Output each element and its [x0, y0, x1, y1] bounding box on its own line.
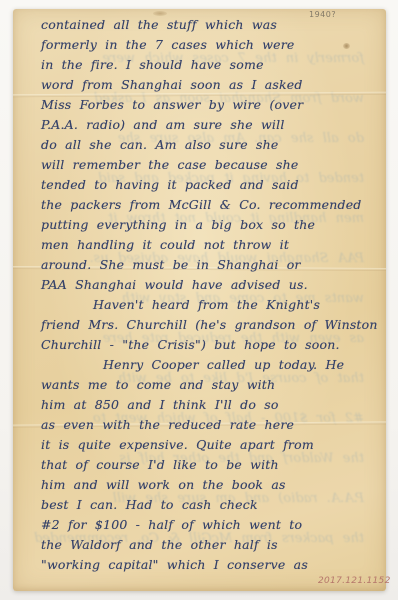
letter-line: as even with the reduced rate here	[41, 415, 376, 435]
letter-line: in the fire. I should have some	[41, 55, 376, 75]
letter-line: that of course I'd like to be with	[41, 455, 376, 475]
letter-line: Henry Cooper called up today. He	[41, 355, 376, 375]
letter-line: P.A.A. radio) and am sure she will	[41, 115, 376, 135]
letter-line: will remember the case because she	[41, 155, 376, 175]
letter-line: Miss Forbes to answer by wire (over	[41, 95, 376, 115]
letter-line: tended to having it packed and said	[41, 175, 376, 195]
letter-line: it is quite expensive. Quite apart from	[41, 435, 376, 455]
letter-line: him and will work on the book as	[41, 475, 376, 495]
letter-line: #2 for $100 - half of which went to	[41, 515, 376, 535]
letter-line: men handling it could not throw it	[41, 235, 376, 255]
letter-line: putting everything in a big box so the	[41, 215, 376, 235]
letter-line: Haven't heard from the Knight's	[41, 295, 376, 315]
letter-line: formerly in the 7 cases which were	[41, 35, 376, 55]
letter-line: word from Shanghai soon as I asked	[41, 75, 376, 95]
letter-line: him at 850 and I think I'll do so	[41, 395, 376, 415]
letter-line: "working capital" which I conserve as	[41, 555, 376, 575]
letter-line: around. She must be in Shanghai or	[41, 255, 376, 275]
catalog-number: 2017.121.1152	[318, 576, 391, 586]
letter-line: the Waldorf and the other half is	[41, 535, 376, 555]
letter-line: do all she can. Am also sure she	[41, 135, 376, 155]
letter-line: friend Mrs. Churchill (he's grandson of …	[41, 315, 376, 335]
letter-line: best I can. Had to cash check	[41, 495, 376, 515]
letter-line: Churchill - "the Crisis") but hope to so…	[41, 335, 376, 355]
letter-body: contained all the stuff which was former…	[41, 15, 376, 575]
letter-line: contained all the stuff which was	[41, 15, 376, 35]
letter-paper: formerly in the 7 cases which were word …	[13, 9, 386, 591]
letter-line: the packers from McGill & Co. recommende…	[41, 195, 376, 215]
letter-line: PAA Shanghai would have advised us.	[41, 275, 376, 295]
scanned-letter-page: formerly in the 7 cases which were word …	[0, 0, 398, 600]
letter-line: wants me to come and stay with	[41, 375, 376, 395]
